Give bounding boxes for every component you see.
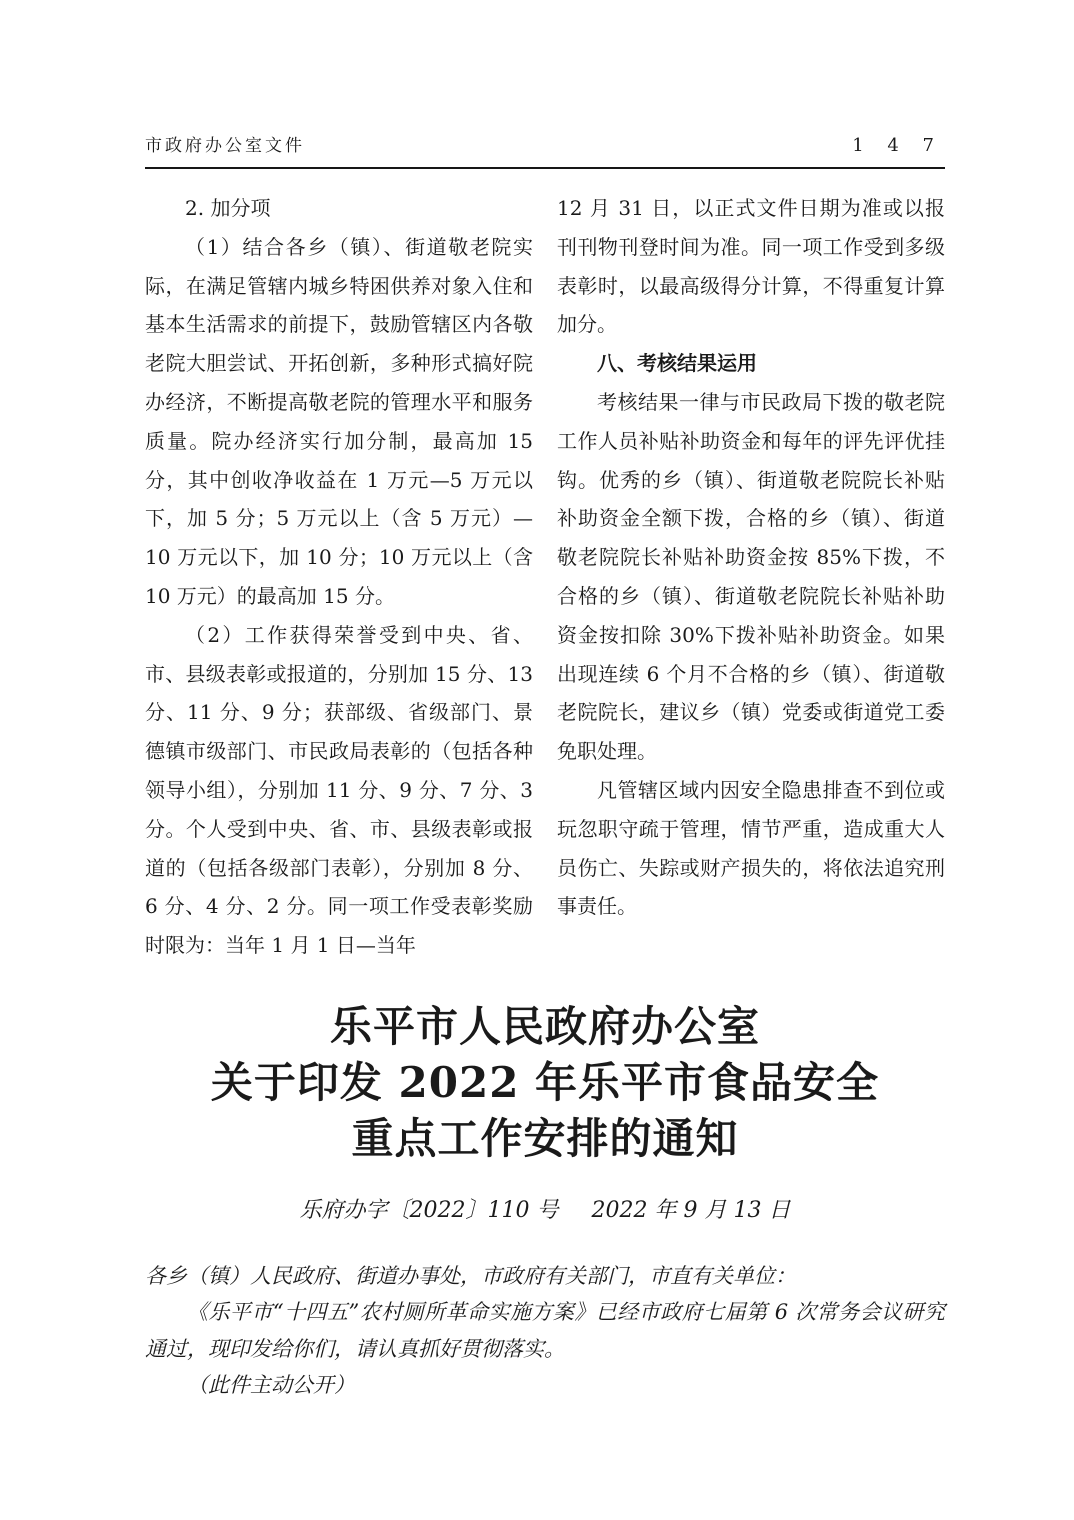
section-heading-assessment-results: 八、考核结果运用 [557,344,945,383]
two-column-section: 2. 加分项 （1）结合各乡（镇）、街道敬老院实际，在满足管辖内城乡特困供养对象… [145,189,945,965]
notice-title-line-3: 重点工作安排的通知 [145,1111,945,1167]
left-paragraph-bonus-items-heading: 2. 加分项 [145,189,533,228]
document-page: 市政府办公室文件 1 4 7 2. 加分项 （1）结合各乡（镇）、街道敬老院实际… [0,0,1074,1520]
right-paragraph-1: 考核结果一律与市民政局下拨的敬老院工作人员补贴补助资金和每年的评先评优挂钩。优秀… [557,383,945,771]
document-date: 2022 年 9 月 13 日 [592,1198,791,1223]
notice-title-line-1: 乐平市人民政府办公室 [145,999,945,1055]
document-number: 乐府办字〔2022〕110 号 [300,1198,559,1223]
left-paragraph-2: （2）工作获得荣誉受到中央、省、市、县级表彰或报道的，分别加 15 分、13 分… [145,616,533,965]
left-paragraph-1: （1）结合各乡（镇）、街道敬老院实际，在满足管辖内城乡特困供养对象入住和基本生活… [145,228,533,616]
document-number-line: 乐府办字〔2022〕110 号 2022 年 9 月 13 日 [145,1193,945,1224]
notice-title: 乐平市人民政府办公室 关于印发 2022 年乐平市食品安全 重点工作安排的通知 [145,999,945,1167]
header-department-label: 市政府办公室文件 [145,131,305,156]
page-number: 1 4 7 [852,135,945,156]
page-header: 市政府办公室文件 1 4 7 [145,0,945,169]
page-content: 市政府办公室文件 1 4 7 2. 加分项 （1）结合各乡（镇）、街道敬老院实际… [145,0,945,1404]
notice-body-paragraph: 《乐平市“十四五”农村厕所革命实施方案》已经市政府七届第 6 次常务会议研究通过… [145,1294,945,1367]
right-column: 12 月 31 日，以正式文件日期为准或以报刊刊物刊登时间为准。同一项工作受到多… [557,189,945,965]
notice-disclosure-note: （此件主动公开） [145,1367,945,1404]
notice-salutation: 各乡（镇）人民政府、街道办事处，市政府有关部门，市直有关单位： [145,1258,945,1295]
right-paragraph-continuation: 12 月 31 日，以正式文件日期为准或以报刊刊物刊登时间为准。同一项工作受到多… [557,189,945,344]
right-paragraph-2: 凡管辖区域内因安全隐患排查不到位或玩忽职守疏于管理，情节严重，造成重大人员伤亡、… [557,771,945,926]
notice-title-line-2: 关于印发 2022 年乐平市食品安全 [145,1055,945,1111]
left-column: 2. 加分项 （1）结合各乡（镇）、街道敬老院实际，在满足管辖内城乡特困供养对象… [145,189,533,965]
notice-body: 各乡（镇）人民政府、街道办事处，市政府有关部门，市直有关单位： 《乐平市“十四五… [145,1258,945,1404]
